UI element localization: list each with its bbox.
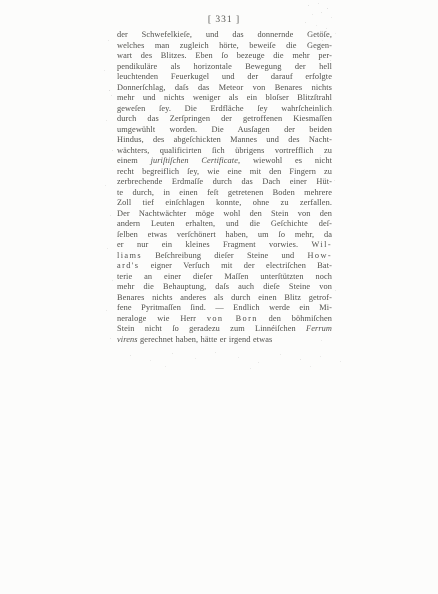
text-segment: andern Leuten erhalten, und die Geſchich… — [117, 219, 332, 228]
text-segment: Zoll tief einſchlagen konnte, ohne zu ze… — [117, 198, 332, 207]
text-segment: Stein nicht ſo geradezu zum Linnéiſchen — [117, 324, 306, 333]
italic-text: juriſtiſchen Certificate — [151, 156, 238, 165]
book-page: [ 331 ] der Schwefelkieſe, und das donne… — [0, 0, 438, 594]
text-line: Donnerſchlag, daſs das Meteor von Benare… — [117, 83, 332, 94]
text-segment: terie an einer dieſer Maſſen unterſtützt… — [117, 272, 332, 281]
text-segment: Donnerſchlag, daſs das Meteor von Benare… — [117, 83, 332, 92]
text-segment: der Schwefelkieſe, und das donnernde Get… — [117, 30, 332, 39]
letterspaced-name: ard's — [117, 261, 139, 270]
letterspaced-name: How- — [308, 251, 333, 260]
text-segment: Beſchreibung dieſer Steine und — [142, 251, 308, 260]
text-line: Hindus, des abgeſchickten Mannes und des… — [117, 135, 332, 146]
text-segment: fene Pyritmaſſen ſind. — Endlich werde e… — [117, 303, 332, 312]
text-segment: mehr und nichts weniger als ein bloſser … — [117, 93, 332, 102]
text-line: mehr die Behauptung, daſs auch dieſe Ste… — [117, 282, 332, 293]
text-line: welches man zugleich hörte, beweiſe die … — [117, 41, 332, 52]
text-line: ard's eigner Verſuch mit der electriſche… — [117, 261, 332, 272]
text-segment: zerbrechende Erdmaſſe durch das Dach ein… — [117, 177, 332, 186]
text-line: zerbrechende Erdmaſſe durch das Dach ein… — [117, 177, 332, 188]
text-segment: , wiewohl es nicht — [238, 156, 332, 165]
text-segment: welches man zugleich hörte, beweiſe die … — [117, 41, 332, 50]
text-line: geweſen ſey. Die Erdfläche ſey wahrſchei… — [117, 104, 332, 115]
text-line: virens gerechnet haben, hätte er irgend … — [117, 335, 332, 346]
text-segment: pendikuläre als horizontale Bewegung der… — [117, 62, 332, 71]
text-line: te durch, in einen feſt getretenen Boden… — [117, 188, 332, 199]
page-number: [ 331 ] — [117, 15, 331, 25]
text-segment: durch das Zerſpringen der getroffenen Ki… — [117, 114, 332, 123]
text-segment: neraloge wie Herr — [117, 314, 207, 323]
text-line: neraloge wie Herr von Born den böhmiſche… — [117, 314, 332, 325]
text-segment: geweſen ſey. Die Erdfläche ſey wahrſchei… — [117, 104, 332, 113]
text-line: fene Pyritmaſſen ſind. — Endlich werde e… — [117, 303, 332, 314]
text-segment: Der Nachtwächter möge wohl den Stein von… — [117, 209, 332, 218]
text-segment: gerechnet haben, hätte er irgend etwas — [138, 335, 273, 344]
text-line: ſelben etwas verſchönert haben, um ſo me… — [117, 230, 332, 241]
letterspaced-name: von Born — [207, 314, 258, 323]
text-line: Benares nichts anderes als durch einen B… — [117, 293, 332, 304]
text-line: recht begreiflich ſey, wie eine mit den … — [117, 167, 332, 178]
text-line: er nur ein kleines Fragment vorwies. Wil… — [117, 240, 332, 251]
text-line: Stein nicht ſo geradezu zum Linnéiſchen … — [117, 324, 332, 335]
text-line: pendikuläre als horizontale Bewegung der… — [117, 62, 332, 73]
text-segment: leuchtenden Feuerkugel und der darauf er… — [117, 72, 332, 81]
text-line: Zoll tief einſchlagen konnte, ohne zu ze… — [117, 198, 332, 209]
text-segment: te durch, in einen feſt getretenen Boden… — [117, 188, 332, 197]
text-segment: eigner Verſuch mit der electriſchen Bat- — [139, 261, 332, 270]
italic-text: virens — [117, 335, 138, 344]
text-segment: Hindus, des abgeſchickten Mannes und des… — [117, 135, 332, 144]
text-segment: wart des Blitzes. Eben ſo bezeuge die me… — [117, 51, 332, 60]
scan-noise-margins — [0, 0, 1, 1]
letterspaced-name: liams — [117, 251, 142, 260]
text-line: umgewühlt worden. Die Ausſagen der beide… — [117, 125, 332, 136]
text-line: wächters, qualificirten ſich übrigens vo… — [117, 146, 332, 157]
text-segment: ſelben etwas verſchönert haben, um ſo me… — [117, 230, 332, 239]
text-line: terie an einer dieſer Maſſen unterſtützt… — [117, 272, 332, 283]
text-segment: einem — [117, 156, 151, 165]
text-line: liams Beſchreibung dieſer Steine und How… — [117, 251, 332, 262]
text-segment: den böhmiſchen — [258, 314, 332, 323]
text-line: andern Leuten erhalten, und die Geſchich… — [117, 219, 332, 230]
letterspaced-name: Wil- — [312, 240, 332, 249]
text-segment: umgewühlt worden. Die Ausſagen der beide… — [117, 125, 332, 134]
body-text: der Schwefelkieſe, und das donnernde Get… — [117, 30, 332, 345]
text-line: einem juriſtiſchen Certificate, wiewohl … — [117, 156, 332, 167]
text-line: durch das Zerſpringen der getroffenen Ki… — [117, 114, 332, 125]
text-line: wart des Blitzes. Eben ſo bezeuge die me… — [117, 51, 332, 62]
text-line: Der Nachtwächter möge wohl den Stein von… — [117, 209, 332, 220]
text-line: mehr und nichts weniger als ein bloſser … — [117, 93, 332, 104]
text-segment: wächters, qualificirten ſich übrigens vo… — [117, 146, 332, 155]
text-segment: mehr die Behauptung, daſs auch dieſe Ste… — [117, 282, 332, 291]
text-line: der Schwefelkieſe, und das donnernde Get… — [117, 30, 332, 41]
text-line: leuchtenden Feuerkugel und der darauf er… — [117, 72, 332, 83]
italic-text: Ferrum — [306, 324, 332, 333]
text-segment: Benares nichts anderes als durch einen B… — [117, 293, 332, 302]
text-segment: er nur ein kleines Fragment vorwies. — [117, 240, 312, 249]
text-segment: recht begreiflich ſey, wie eine mit den … — [117, 167, 332, 176]
